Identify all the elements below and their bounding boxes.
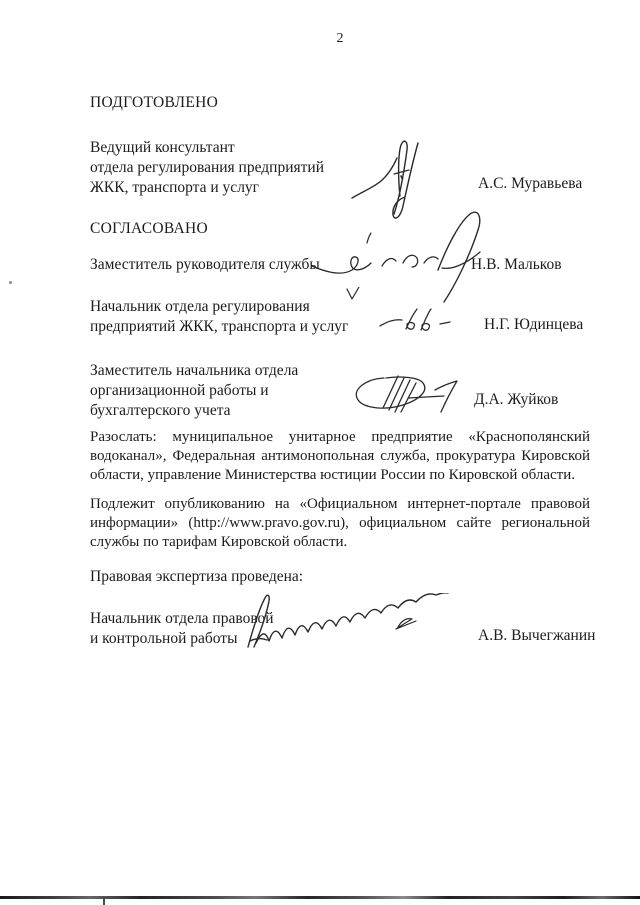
legal-review-line: Правовая экспертиза проведена: <box>90 568 303 586</box>
role-line: Ведущий консультант <box>90 138 324 158</box>
prepared-header: ПОДГОТОВЛЕНО <box>90 94 218 112</box>
signature-yudintseva <box>378 307 458 335</box>
paragraph-line: Разослать: муниципальное унитарное предп… <box>90 428 590 447</box>
signer-role-zhuykov: Заместитель начальника отдела организаци… <box>90 361 298 421</box>
signature-vychegzhanin <box>240 593 456 653</box>
signer-name-vychegzhanin: А.В. Вычегжанин <box>478 627 595 645</box>
signer-name-muravyeva: А.С. Муравьева <box>478 175 582 193</box>
signer-role-malkov: Заместитель руководителя службы <box>90 255 320 275</box>
scan-speck <box>9 281 12 284</box>
distribution-paragraph: Разослать: муниципальное унитарное предп… <box>90 428 590 485</box>
role-line: организационной работы и <box>90 381 298 401</box>
paragraph-line: области, управление Министерства юстиции… <box>90 466 590 485</box>
signer-name-malkov: Н.В. Мальков <box>471 256 562 274</box>
paragraph-line: Подлежит опубликованию на «Официальном и… <box>90 495 590 514</box>
scan-edge-tick <box>103 897 105 905</box>
paragraph-line: водоканал», Федеральная антимонопольная … <box>90 447 590 466</box>
role-line: ЖКК, транспорта и услуг <box>90 178 324 198</box>
paragraph-line: информации» (http://www.pravo.gov.ru), о… <box>90 514 590 533</box>
signer-role-yudintseva: Начальник отдела регулирования предприят… <box>90 297 348 337</box>
agreed-header: СОГЛАСОВАНО <box>90 220 208 238</box>
role-line: отдела регулирования предприятий <box>90 158 324 178</box>
page-number: 2 <box>90 31 590 47</box>
signature-zhuykov <box>350 367 466 419</box>
role-line: Заместитель руководителя службы <box>90 255 320 275</box>
signature-malkov <box>310 210 494 305</box>
paragraph-line: службы по тарифам Кировской области. <box>90 533 590 552</box>
signer-name-zhuykov: Д.А. Жуйков <box>474 391 558 409</box>
scan-edge-line <box>0 896 640 899</box>
document-page: 2 ПОДГОТОВЛЕНО Ведущий консультант отдел… <box>0 0 640 905</box>
role-line: Начальник отдела регулирования <box>90 297 348 317</box>
role-line: Заместитель начальника отдела <box>90 361 298 381</box>
role-line: бухгалтерского учета <box>90 401 298 421</box>
publication-paragraph: Подлежит опубликованию на «Официальном и… <box>90 495 590 552</box>
signer-name-yudintseva: Н.Г. Юдинцева <box>484 316 583 334</box>
role-line: предприятий ЖКК, транспорта и услуг <box>90 317 348 337</box>
signer-role-muravyeva: Ведущий консультант отдела регулирования… <box>90 138 324 198</box>
